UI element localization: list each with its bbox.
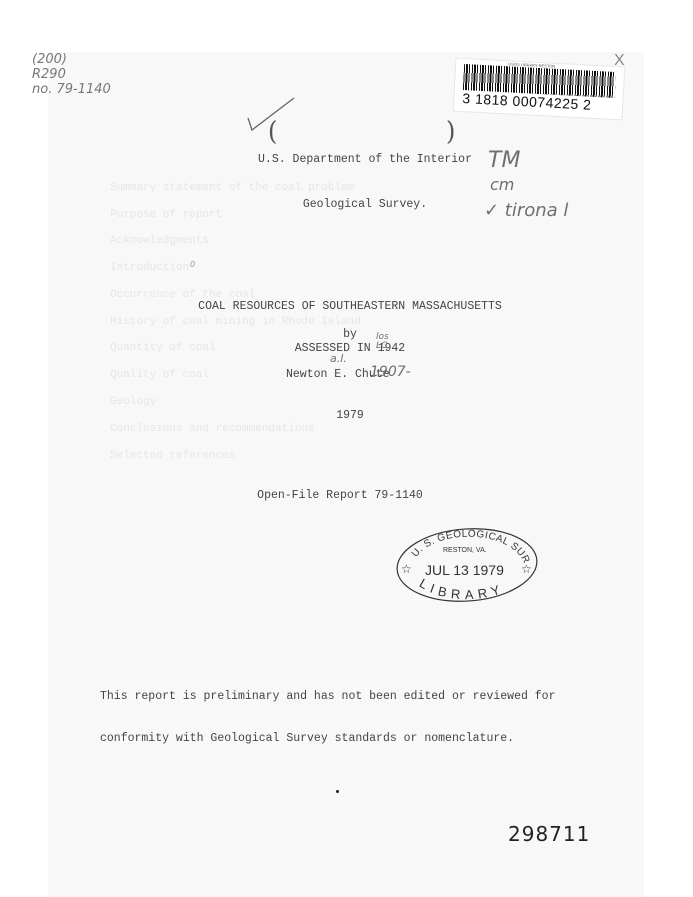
- ink-dot: [336, 790, 339, 793]
- handwritten-note: ✓ tirona l: [484, 200, 568, 221]
- handwritten-note: TM: [488, 148, 520, 173]
- disclaimer: This report is preliminary and has not b…: [100, 662, 555, 760]
- bleed-through-line: Acknowledgments: [110, 235, 209, 247]
- call-number-line: R290: [32, 67, 111, 82]
- call-number-line: (200): [32, 52, 111, 67]
- author-annotation: a.l.: [330, 352, 347, 365]
- author-annotation-stack: los LC: [376, 333, 389, 351]
- barcode-label: USGS LIBRARY-RESTON 3 1818 00074225 2: [454, 59, 624, 120]
- disclaimer-line-2: conformity with Geological Survey standa…: [100, 732, 555, 746]
- bleed-through-line: Geology: [110, 396, 156, 408]
- bleed-through-line: Quality of coal: [110, 369, 209, 381]
- handwritten-paren-left: (: [268, 116, 277, 147]
- handwritten-paren-right: ): [446, 116, 455, 147]
- publication-year: 1979: [300, 409, 400, 422]
- agency-line-2: Geological Survey.: [230, 197, 500, 212]
- svg-text:☆: ☆: [401, 562, 412, 576]
- bleed-through-line: Conclusions and recommendations: [110, 423, 315, 435]
- stamp-top-arc: U. S. GEOLOGICAL SURVEY: [395, 525, 532, 565]
- disclaimer-line-1: This report is preliminary and has not b…: [100, 690, 555, 704]
- stamp-icon: U. S. GEOLOGICAL SURVEY RESTON, VA. ☆ ☆ …: [395, 525, 539, 603]
- x-mark: X: [614, 52, 625, 70]
- bleed-through-line: Selected references: [110, 450, 235, 462]
- library-stamp: U. S. GEOLOGICAL SURVEY RESTON, VA. ☆ ☆ …: [395, 525, 539, 603]
- title-line-2: ASSESSED IN 1942: [150, 342, 550, 356]
- report-number: Open-File Report 79-1140: [230, 489, 450, 502]
- bleed-through-line: Summary statement of the coal problem: [110, 182, 354, 194]
- title-line-1: COAL RESOURCES OF SOUTHEASTERN MASSACHUS…: [150, 300, 550, 314]
- svg-text:☆: ☆: [521, 562, 532, 576]
- svg-text:U. S. GEOLOGICAL SURVEY: U. S. GEOLOGICAL SURVEY: [395, 525, 532, 565]
- call-number-line: no. 79-1140: [32, 82, 111, 97]
- bleed-through-line: Purpose of report: [110, 209, 222, 221]
- stamp-date: JUL 13 1979: [425, 562, 504, 578]
- accession-number: 298711: [508, 822, 590, 846]
- handwritten-note: cm: [490, 175, 514, 194]
- agency-line-1: U.S. Department of the Interior: [230, 152, 500, 167]
- author-dates: 1907-: [370, 364, 411, 380]
- stamp-location: RESTON, VA.: [443, 547, 487, 554]
- small-mark: 0: [190, 260, 195, 269]
- document-title: COAL RESOURCES OF SOUTHEASTERN MASSACHUS…: [150, 272, 550, 370]
- handwritten-call-number: (200) R290 no. 79-1140: [32, 52, 111, 97]
- annotation-line: LC: [376, 342, 389, 351]
